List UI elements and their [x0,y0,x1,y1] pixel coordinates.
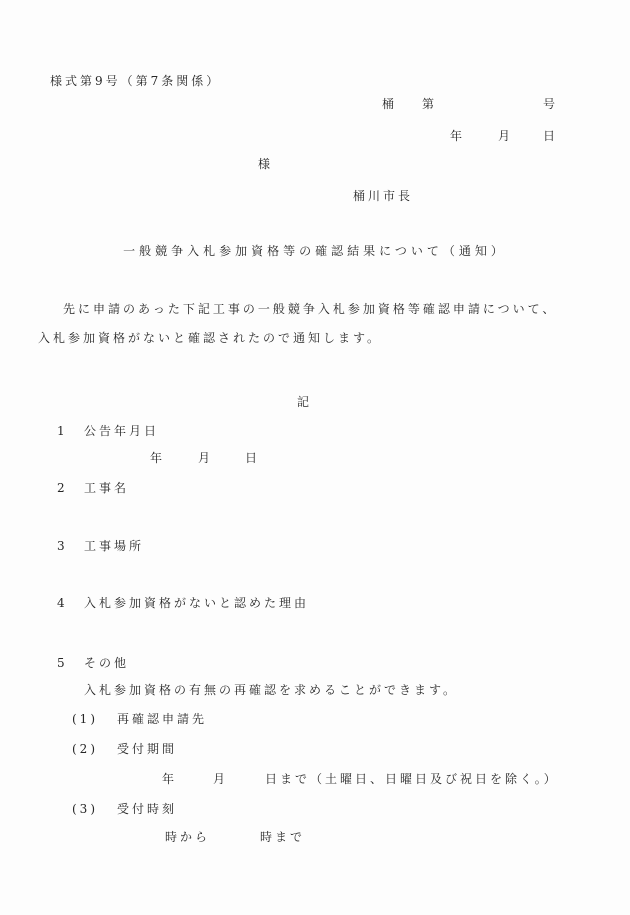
item-2-number: 2 [57,481,68,495]
record-marker: 記 [297,395,312,409]
issue-date-day-label: 日 [543,129,558,143]
acceptance-hours-from-label: 時から [165,830,210,844]
document-title: 一般競争入札参加資格等の確認結果について（通知） [0,244,630,258]
acceptance-period-until-label: 日まで（土曜日、日曜日及び祝日を除く。） [265,772,559,786]
item-2-label: 工事名 [84,481,129,495]
notification-document-page: 様式第9号（第7条関係） 桶 第 号 年 月 日 様 桶川市長 一般競争入札参加… [0,0,630,915]
item-5-label: その他 [84,656,129,670]
item-1-date-month-label: 月 [198,451,213,465]
item-1-number: 1 [57,424,68,438]
subitem-3-number: (3) [72,802,98,816]
issue-date-year-label: 年 [450,129,465,143]
item-1-label: 公告年月日 [84,424,159,438]
issue-date-month-label: 月 [498,129,513,143]
item-5-note: 入札参加資格の有無の再確認を求めることができます。 [84,683,458,697]
addressee-honorific: 様 [258,157,273,171]
item-3-number: 3 [57,539,68,553]
acceptance-period-month-label: 月 [213,772,228,786]
acceptance-period-year-label: 年 [162,772,177,786]
sender-name: 桶川市長 [353,189,413,203]
subitem-3-label: 受付時刻 [117,802,177,816]
item-1-date-year-label: 年 [150,451,165,465]
body-paragraph-line1: 先に申請のあった下記工事の一般競争入札参加資格等確認申請について、 [63,302,557,316]
subitem-2-label: 受付期間 [117,742,177,756]
form-number-label: 様式第9号（第7条関係） [50,74,221,88]
doc-number-agency: 桶 [382,97,397,111]
subitem-1-label: 再確認申請先 [117,712,207,726]
doc-number-prefix: 第 [422,97,437,111]
item-4-number: 4 [57,596,68,610]
acceptance-hours-to-label: 時まで [260,830,305,844]
body-paragraph-line2: 入札参加資格がないと確認されたので通知します。 [38,331,382,345]
subitem-1-number: (1) [72,712,98,726]
item-4-label: 入札参加資格がないと認めた理由 [84,596,309,610]
item-5-number: 5 [57,656,68,670]
item-1-date-day-label: 日 [245,451,260,465]
doc-number-suffix: 号 [543,97,558,111]
item-3-label: 工事場所 [84,539,144,553]
subitem-2-number: (2) [72,742,98,756]
